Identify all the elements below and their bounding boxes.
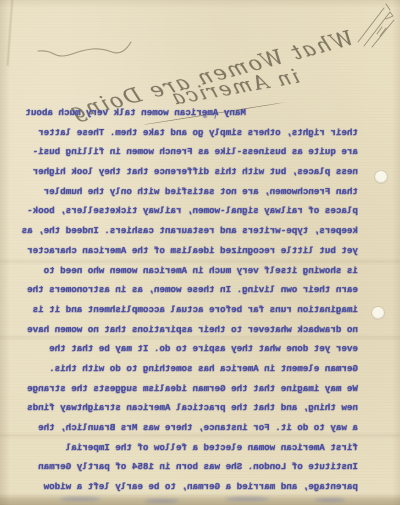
typed-line: new thing, and that the practical Americ… bbox=[24, 398, 358, 418]
typed-line: places of railway signal-women, railway … bbox=[24, 201, 358, 221]
typed-line: We may imagine that the German idealism … bbox=[24, 379, 358, 399]
scanned-document-page: What Women are Doing in America Many Ame… bbox=[0, 0, 400, 505]
typed-line: ness places, but with this difference th… bbox=[24, 162, 358, 182]
typed-line: is showing itself very much in American … bbox=[24, 261, 358, 281]
punch-hole bbox=[375, 171, 387, 183]
insertion-mark bbox=[201, 112, 221, 122]
insertion-dot bbox=[203, 115, 207, 118]
typed-line: German element in America has something … bbox=[24, 359, 358, 379]
typed-line: keepers, type-writers and restaurant cas… bbox=[24, 221, 358, 241]
typed-line: than Frenchwomen, are not satisfied with… bbox=[24, 182, 358, 202]
typed-line: earn their own living. In these women, a… bbox=[24, 280, 358, 300]
typed-line: first American woman elected a fellow of… bbox=[24, 438, 358, 458]
insertion-tick bbox=[214, 113, 217, 119]
typed-line: Many American women talk very much about bbox=[24, 103, 358, 123]
ink-smudge bbox=[145, 499, 179, 503]
handwriting-flourish bbox=[34, 36, 134, 60]
typed-line: are quite as business-like as French wom… bbox=[24, 142, 358, 162]
scan-band bbox=[0, 434, 400, 437]
punch-hole bbox=[372, 307, 384, 319]
typed-line: Institute of London. She was born in 185… bbox=[24, 457, 358, 477]
ink-smudge bbox=[315, 498, 345, 502]
ink-smudge bbox=[225, 497, 269, 501]
typed-line: ever yet done what they aspire to do. It… bbox=[24, 339, 358, 359]
scan-band bbox=[0, 336, 400, 339]
typed-line: imagination runs far before actual accom… bbox=[24, 300, 358, 320]
corner-annotation-scribble bbox=[348, 0, 398, 52]
typed-line: yet but little recognized idealism of th… bbox=[24, 241, 358, 261]
typed-line: their rights, others simply go and take … bbox=[24, 123, 358, 143]
mirrored-content-layer: What Women are Doing in America Many Ame… bbox=[0, 0, 400, 505]
ink-smudge bbox=[60, 497, 100, 501]
scan-band bbox=[0, 260, 400, 263]
typed-text-block: Many American women talk very much about… bbox=[24, 103, 358, 497]
